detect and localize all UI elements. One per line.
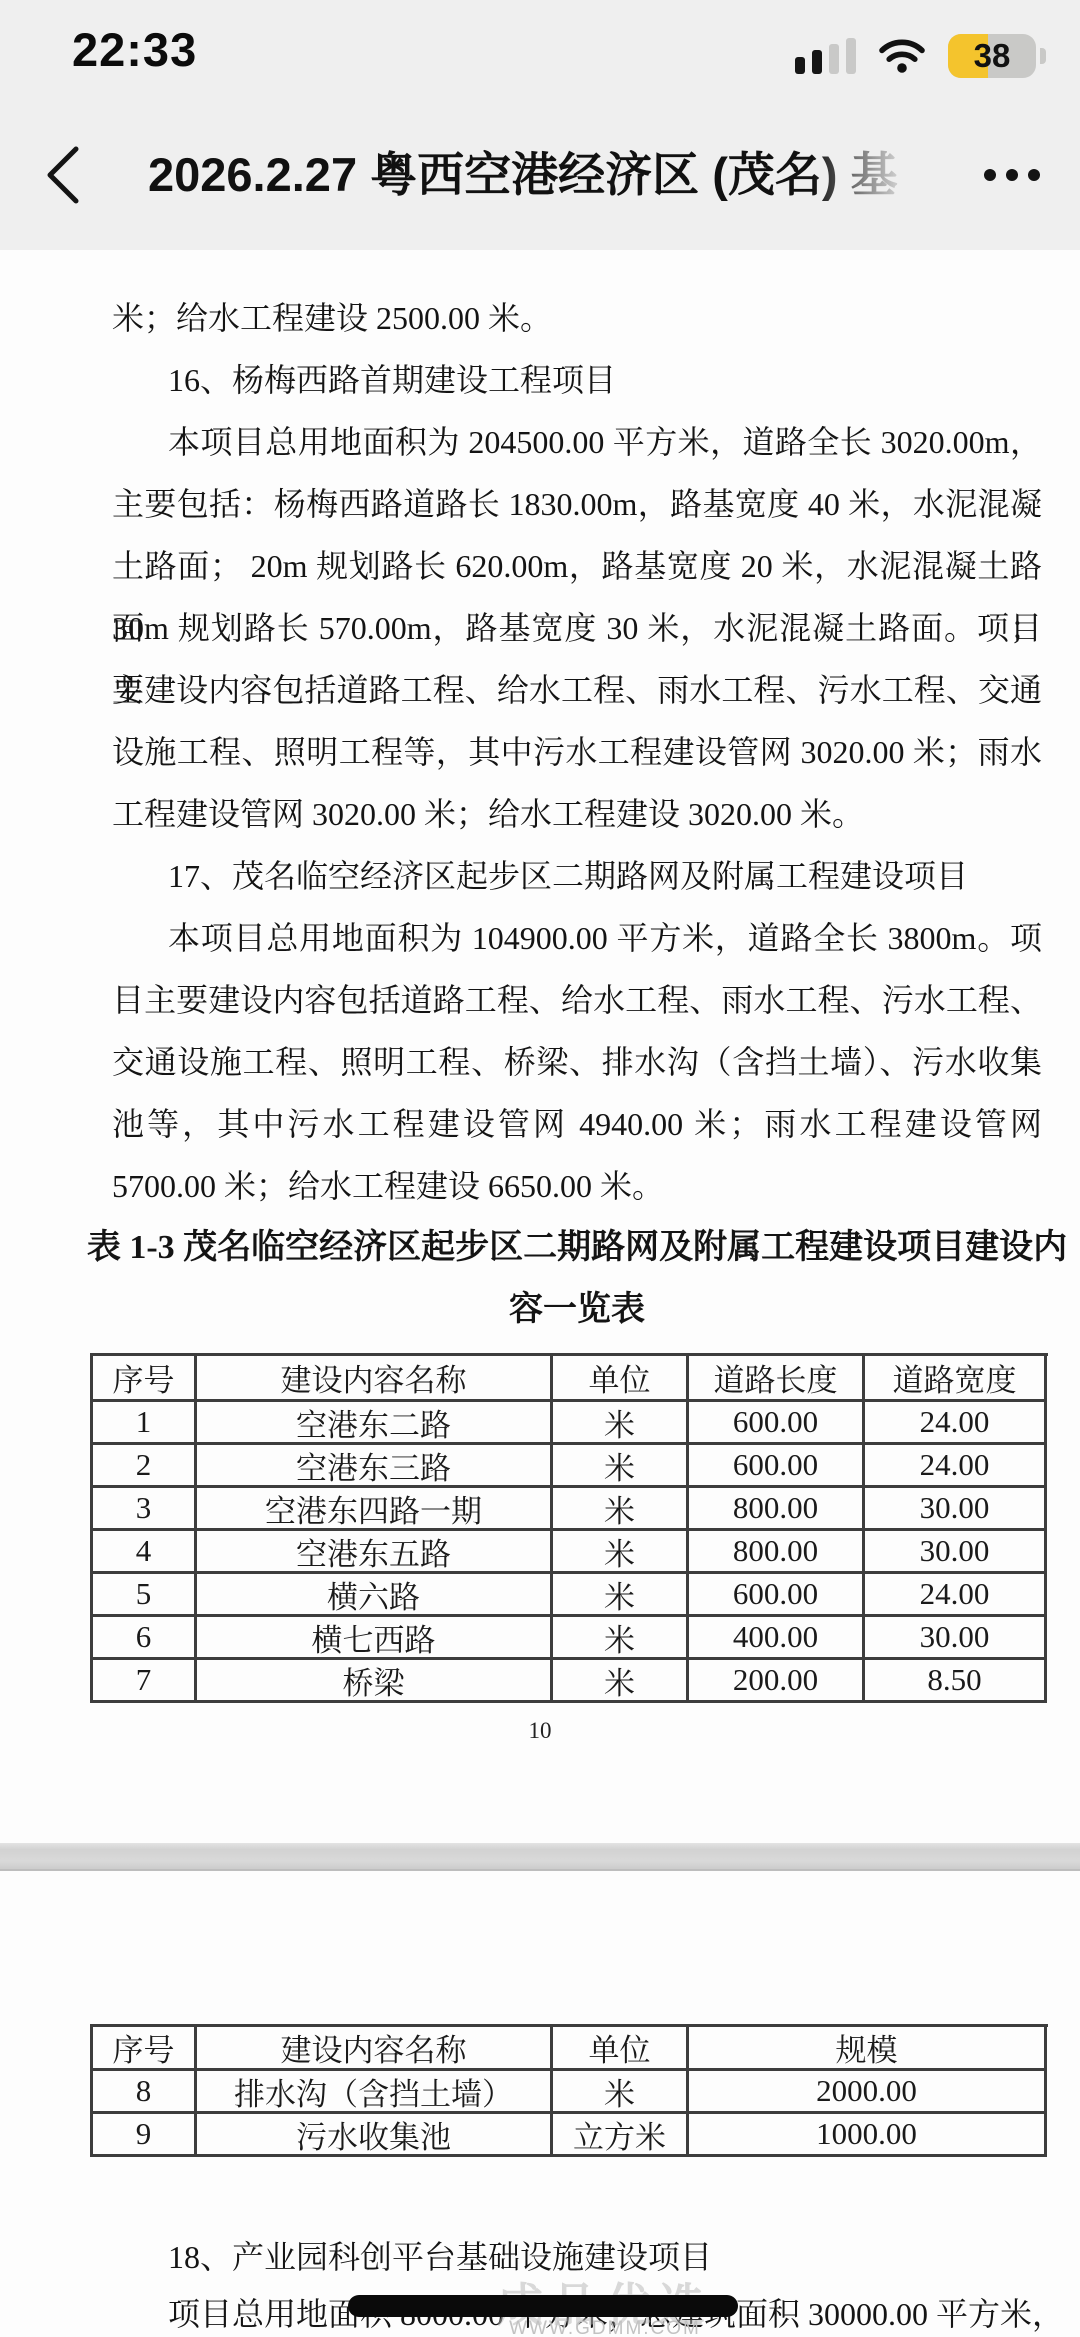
- table-header-cell: 建设内容名称: [197, 1356, 553, 1402]
- table-row: 6 横七西路 米 400.00 30.00: [93, 1617, 1048, 1660]
- table-1-header-row: 序号建设内容名称单位道路长度道路宽度: [93, 1356, 1048, 1402]
- cell-name: 桥梁: [197, 1660, 553, 1703]
- table-row: 8 排水沟（含挡土墙） 米 2000.00: [93, 2071, 1048, 2114]
- page-separator: [0, 1843, 1080, 1871]
- cell-name: 横七西路: [197, 1617, 553, 1660]
- cell-name: 空港东五路: [197, 1531, 553, 1574]
- cell-width: 30.00: [865, 1488, 1047, 1531]
- cell-width: 30.00: [865, 1531, 1047, 1574]
- page-number: 10: [0, 1718, 1080, 1744]
- redaction-bar: [348, 2295, 738, 2317]
- table-row: 1 空港东二路 米 600.00 24.00: [93, 1402, 1048, 1445]
- battery-cap: [1040, 48, 1046, 64]
- document-page-1: 米；给水工程建设 2500.00 米。16、杨梅西路首期建设工程项目本项目总用地…: [0, 250, 1080, 1843]
- doc-line: 本项目总用地面积为 104900.00 平方米，道路全长 3800m。项: [112, 907, 1042, 969]
- cell-seq: 1: [93, 1402, 197, 1445]
- doc-line: 米；给水工程建设 2500.00 米。: [112, 287, 1042, 349]
- cell-width: 24.00: [865, 1574, 1047, 1617]
- doc-line: 目主要建设内容包括道路工程、给水工程、雨水工程、污水工程、: [112, 969, 1042, 1031]
- ellipsis-icon: [984, 169, 996, 181]
- cell-seq: 5: [93, 1574, 197, 1617]
- table-caption-line-1: 表 1-3 茂名临空经济区起步区二期路网及附属工程建设项目建设内: [70, 1217, 1080, 1279]
- cell-name: 排水沟（含挡土墙）: [197, 2071, 553, 2114]
- cell-width: 24.00: [865, 1402, 1047, 1445]
- cell-unit: 米: [553, 1574, 689, 1617]
- cell-seq: 6: [93, 1617, 197, 1660]
- cell-unit: 米: [553, 1445, 689, 1488]
- table-row: 9 污水收集池 立方米 1000.00: [93, 2114, 1048, 2157]
- table-row: 4 空港东五路 米 800.00 30.00: [93, 1531, 1048, 1574]
- cell-length: 800.00: [689, 1531, 865, 1574]
- table-row: 7 桥梁 米 200.00 8.50: [93, 1660, 1048, 1703]
- table-caption-line-2: 容一览表: [70, 1279, 1080, 1341]
- cellular-signal-icon: [795, 38, 856, 74]
- cell-width: 30.00: [865, 1617, 1047, 1660]
- table-row: 5 横六路 米 600.00 24.00: [93, 1574, 1048, 1617]
- doc-line: 交通设施工程、照明工程、桥梁、排水沟（含挡土墙）、污水收集: [112, 1031, 1042, 1093]
- cell-seq: 8: [93, 2071, 197, 2114]
- status-bar: 22:33 38: [0, 0, 1080, 100]
- cell-unit: 米: [553, 1660, 689, 1703]
- cell-length: 400.00: [689, 1617, 865, 1660]
- table-1-body: 1 空港东二路 米 600.00 24.00 2 空港东三路 米 600.00 …: [93, 1402, 1048, 1703]
- cell-scale: 1000.00: [689, 2114, 1047, 2157]
- doc-line: 池等，其中污水工程建设管网 4940.00 米；雨水工程建设管网: [112, 1093, 1042, 1155]
- cell-unit: 米: [553, 1402, 689, 1445]
- cell-name: 污水收集池: [197, 2114, 553, 2157]
- construction-table-1: 序号建设内容名称单位道路长度道路宽度 1 空港东二路 米 600.00 24.0…: [90, 1353, 1048, 1703]
- wifi-icon: [878, 38, 926, 74]
- doc-line: 主要包括：杨梅西路道路长 1830.00m，路基宽度 40 米，水泥混凝: [112, 473, 1042, 535]
- app-header: 2026.2.27 粤西空港经济区 (茂名) 基: [0, 100, 1080, 250]
- status-icons: 38: [795, 34, 1046, 78]
- doc-line: 本项目总用地面积为 204500.00 平方米，道路全长 3020.00m，: [112, 411, 1042, 473]
- doc-line: 要建设内容包括道路工程、给水工程、雨水工程、污水工程、交通: [112, 659, 1042, 721]
- cell-length: 600.00: [689, 1402, 865, 1445]
- cell-scale: 2000.00: [689, 2071, 1047, 2114]
- table-header-cell: 序号: [93, 1356, 197, 1402]
- cell-length: 600.00: [689, 1445, 865, 1488]
- table-row: 2 空港东三路 米 600.00 24.00: [93, 1445, 1048, 1488]
- battery-percent: 38: [948, 34, 1036, 78]
- table-row: 3 空港东四路一期 米 800.00 30.00: [93, 1488, 1048, 1531]
- doc-line: 工程建设管网 3020.00 米；给水工程建设 3020.00 米。: [112, 783, 1042, 845]
- table-2-header-row: 序号建设内容名称单位规模: [93, 2027, 1048, 2071]
- cell-width: 8.50: [865, 1660, 1047, 1703]
- cell-length: 600.00: [689, 1574, 865, 1617]
- cell-seq: 9: [93, 2114, 197, 2157]
- paragraph-block: 米；给水工程建设 2500.00 米。16、杨梅西路首期建设工程项目本项目总用地…: [112, 287, 1042, 1217]
- table-header-cell: 建设内容名称: [197, 2027, 553, 2071]
- battery-icon: 38: [948, 34, 1036, 78]
- table-header-cell: 单位: [553, 1356, 689, 1402]
- table-header-cell: 道路宽度: [865, 1356, 1047, 1402]
- doc-line: 17、茂名临空经济区起步区二期路网及附属工程建设项目: [112, 845, 1042, 907]
- construction-table-2: 序号建设内容名称单位规模 8 排水沟（含挡土墙） 米 2000.00 9 污水收…: [90, 2024, 1048, 2157]
- doc-line: 土路面； 20m 规划路长 620.00m，路基宽度 20 米，水泥混凝土路面；: [112, 535, 1042, 597]
- cell-unit: 米: [553, 2071, 689, 2114]
- back-button[interactable]: [28, 140, 98, 210]
- doc-line: 30m 规划路长 570.00m，路基宽度 30 米，水泥混凝土路面。项目主: [112, 597, 1042, 659]
- cell-name: 横六路: [197, 1574, 553, 1617]
- clock: 22:33: [72, 22, 197, 77]
- document-title: 2026.2.27 粤西空港经济区 (茂名) 基: [148, 138, 920, 212]
- doc-line: 设施工程、照明工程等，其中污水工程建设管网 3020.00 米；雨水: [112, 721, 1042, 783]
- watermark-url: WWW.GDMM.COM: [440, 2318, 770, 2337]
- table-header-cell: 规模: [689, 2027, 1047, 2071]
- cell-seq: 7: [93, 1660, 197, 1703]
- more-button[interactable]: [980, 152, 1044, 198]
- cell-seq: 4: [93, 1531, 197, 1574]
- document-scroll-area[interactable]: 米；给水工程建设 2500.00 米。16、杨梅西路首期建设工程项目本项目总用地…: [0, 250, 1080, 2337]
- table-header-cell: 序号: [93, 2027, 197, 2071]
- cell-name: 空港东二路: [197, 1402, 553, 1445]
- cell-unit: 米: [553, 1531, 689, 1574]
- cell-length: 200.00: [689, 1660, 865, 1703]
- table-header-cell: 道路长度: [689, 1356, 865, 1402]
- cell-unit: 米: [553, 1488, 689, 1531]
- cell-width: 24.00: [865, 1445, 1047, 1488]
- table-2-body: 8 排水沟（含挡土墙） 米 2000.00 9 污水收集池 立方米 1000.0…: [93, 2071, 1048, 2157]
- document-page-2: 序号建设内容名称单位规模 8 排水沟（含挡土墙） 米 2000.00 9 污水收…: [0, 1871, 1080, 2337]
- cell-unit: 米: [553, 1617, 689, 1660]
- cell-seq: 2: [93, 1445, 197, 1488]
- cell-name: 空港东四路一期: [197, 1488, 553, 1531]
- doc-line: 16、杨梅西路首期建设工程项目: [112, 349, 1042, 411]
- cell-name: 空港东三路: [197, 1445, 553, 1488]
- table-header-cell: 单位: [553, 2027, 689, 2071]
- cell-seq: 3: [93, 1488, 197, 1531]
- chevron-left-icon: [42, 144, 84, 206]
- doc-line: 5700.00 米；给水工程建设 6650.00 米。: [112, 1155, 1042, 1217]
- cell-unit: 立方米: [553, 2114, 689, 2157]
- cell-length: 800.00: [689, 1488, 865, 1531]
